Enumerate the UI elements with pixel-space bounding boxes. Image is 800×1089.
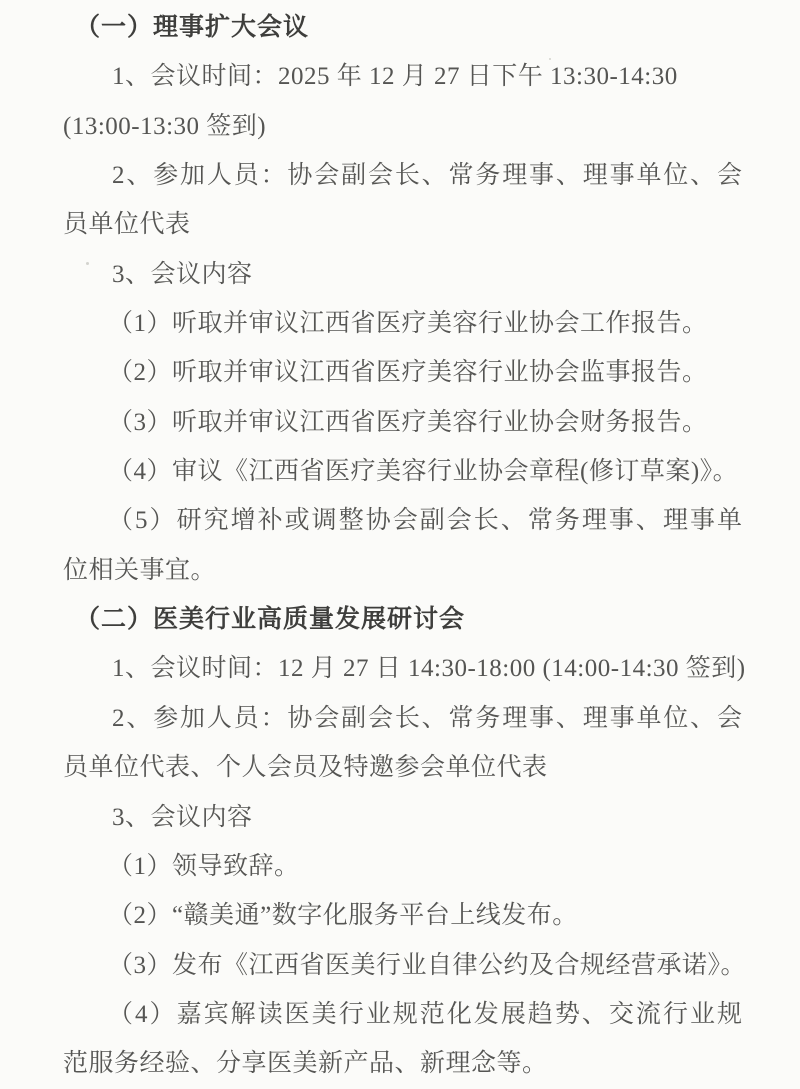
scan-speck [345, 425, 347, 427]
agenda-item-line: 2、参加人员：协会副会长、常务理事、理事单位、会 [63, 694, 742, 743]
agenda-item-line: 1、会议时间：2025 年 12 月 27 日下午 13:30-14:30 [63, 52, 742, 101]
agenda-subitem-line: （2）“赣美通”数字化服务平台上线发布。 [63, 891, 742, 940]
agenda-subitem-line: （2）听取并审议江西省医疗美容行业协会监事报告。 [63, 348, 742, 397]
section-heading: （二）医美行业高质量发展研讨会 [63, 595, 742, 644]
document-body: （一）理事扩大会议1、会议时间：2025 年 12 月 27 日下午 13:30… [63, 3, 742, 1089]
agenda-subitem-line: （1）领导致辞。 [63, 842, 742, 891]
scan-speck [303, 169, 305, 171]
text-continuation-line: 位相关事宜。 [63, 546, 742, 595]
agenda-subitem-line: （3）发布《江西省医美行业自律公约及合规经营承诺》。 [63, 941, 742, 990]
agenda-subitem-line: （4）审议《江西省医疗美容行业协会章程(修订草案)》。 [63, 447, 742, 496]
text-continuation-line: 员单位代表 [63, 200, 742, 249]
section-heading: （一）理事扩大会议 [63, 3, 742, 52]
agenda-subitem-line: （1）听取并审议江西省医疗美容行业协会工作报告。 [63, 299, 742, 348]
scan-speck [86, 262, 89, 265]
agenda-item-line: 1、会议时间：12 月 27 日 14:30-18:00 (14:00-14:3… [63, 644, 742, 693]
scan-speck [549, 58, 551, 60]
text-continuation-line: 员单位代表、个人会员及特邀参会单位代表 [63, 743, 742, 792]
agenda-subitem-line: （4）嘉宾解读医美行业规范化发展趋势、交流行业规 [63, 990, 742, 1039]
text-continuation-line: 范服务经验、分享医美新产品、新理念等。 [63, 1039, 742, 1088]
agenda-item-line: 2、参加人员：协会副会长、常务理事、理事单位、会 [63, 151, 742, 200]
text-continuation-line: (13:00-13:30 签到) [63, 102, 742, 151]
agenda-item-line: 3、会议内容 [63, 250, 742, 299]
agenda-subitem-line: （3）听取并审议江西省医疗美容行业协会财务报告。 [63, 398, 742, 447]
agenda-subitem-line: （5）研究增补或调整协会副会长、常务理事、理事单 [63, 496, 742, 545]
document-page: （一）理事扩大会议1、会议时间：2025 年 12 月 27 日下午 13:30… [0, 0, 800, 1089]
agenda-item-line: 3、会议内容 [63, 793, 742, 842]
